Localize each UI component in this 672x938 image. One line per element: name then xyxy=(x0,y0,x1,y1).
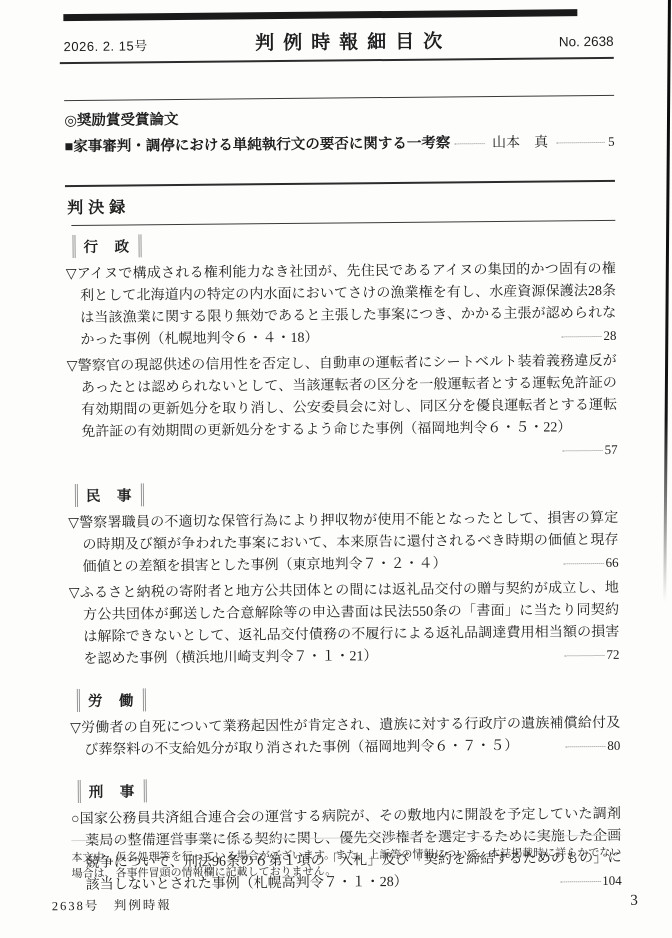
dot-leader xyxy=(565,746,605,747)
toc-entry: ▽アイヌで構成される権利能力なき社団が、先住民であるアイヌの集団的かつ固有の権利… xyxy=(66,259,617,353)
editorial-note: 本文中、仮名処理等を行っている場合がございます。また、上訴等の情報について、本誌… xyxy=(71,835,621,882)
section-heading-gyosei: 行 政 xyxy=(72,234,141,258)
section-rodo: 労 働 ▽労働者の自死について業務起因性が肯定され、遺族に対する行政庁の遺族補償… xyxy=(70,667,621,763)
folio-page-number: 3 xyxy=(630,893,638,910)
page-title: 判例時報細目次 xyxy=(255,26,451,55)
toc-entry: ▽労働者の自死について業務起因性が肯定され、遺族に対する行政庁の遺族補償給付及び… xyxy=(70,713,620,763)
section-heading-rodo: 労 働 xyxy=(77,688,146,712)
page-content: 2026. 2. 15号 判例時報細目次 No. 2638 ◎奨励賞受賞論文 ■… xyxy=(63,9,621,898)
dot-leader xyxy=(454,143,484,144)
section-minji: 民 事 ▽警察署職員の不適切な保管行為により押収物が使用不能となったとして、損害… xyxy=(68,462,620,672)
section-gyosei: 行 政 ▽アイヌで構成される権利能力なき社団が、先住民であるアイヌの集団的かつ固… xyxy=(65,221,617,467)
divider xyxy=(65,180,615,187)
journal-header: 2026. 2. 15号 判例時報細目次 No. 2638 xyxy=(63,25,613,57)
section-heading-keiji: 刑 事 xyxy=(78,779,147,803)
toc-entry: ▽警察署職員の不適切な保管行為により押収物が使用不能となったとして、損害の算定の… xyxy=(68,508,619,580)
page-footer: 2638号 判例時報 3 xyxy=(52,891,638,916)
header-black-bar xyxy=(63,9,577,21)
case-summary: ▽ふるさと納税の寄附者と地方公共団体との間には返礼品交付の贈与契約が成立し、地方… xyxy=(69,581,620,667)
dot-leader xyxy=(565,655,605,656)
case-summary: ▽アイヌで構成される権利能力なき社団が、先住民であるアイヌの集団的かつ固有の権利… xyxy=(66,262,617,348)
page-reference: 57 xyxy=(562,439,617,463)
toc-entry: ▽警察官の現認供述の信用性を否定し、自動車の運転者にシートベルト装着義務違反があ… xyxy=(67,351,618,467)
dot-leader xyxy=(563,450,603,451)
scanned-toc-page: 2026. 2. 15号 判例時報細目次 No. 2638 ◎奨励賞受賞論文 ■… xyxy=(0,0,672,938)
footer-journal-label: 2638号 判例時報 xyxy=(52,895,172,914)
page-reference: 80 xyxy=(565,735,620,759)
dot-leader xyxy=(561,336,601,337)
case-summary: ▽警察官の現認供述の信用性を否定し、自動車の運転者にシートベルト装着義務違反があ… xyxy=(67,354,618,440)
scan-edge-line xyxy=(663,0,671,602)
page-bottom: 本文中、仮名処理等を行っている場合がございます。また、上訴等の情報について、本誌… xyxy=(71,835,622,915)
toc-entry: ▽ふるさと納税の寄附者と地方公共団体との間には返礼品交付の贈与契約が成立し、地方… xyxy=(69,578,620,672)
divider xyxy=(60,57,614,64)
case-summary: ▽警察署職員の不適切な保管行為により押収物が使用不能となったとして、損害の算定の… xyxy=(68,511,618,575)
toc-entry-award: ■家事審判・調停における単純執行文の要否に関する一考察 山本 真 5 xyxy=(64,130,614,156)
case-summary: ▽労働者の自死について業務起因性が肯定され、遺族に対する行政庁の遺族補償給付及び… xyxy=(70,716,620,758)
dot-leader xyxy=(564,563,604,564)
page-reference: 66 xyxy=(564,552,619,576)
dot-leader xyxy=(556,142,604,143)
article-title: ■家事審判・調停における単純執行文の要否に関する一考察 xyxy=(64,131,450,156)
judgments-heading: 判決録 xyxy=(67,190,615,218)
page-reference: 72 xyxy=(564,644,619,668)
divider xyxy=(64,95,614,101)
article-author: 山本 真 xyxy=(492,131,548,152)
issue-number: No. 2638 xyxy=(559,34,614,50)
issue-date: 2026. 2. 15号 xyxy=(64,35,148,55)
page-reference: 5 xyxy=(608,134,615,150)
section-heading-minji: 民 事 xyxy=(75,483,144,507)
award-section-heading: ◎奨励賞受賞論文 xyxy=(64,104,614,130)
page-reference: 28 xyxy=(561,325,616,349)
